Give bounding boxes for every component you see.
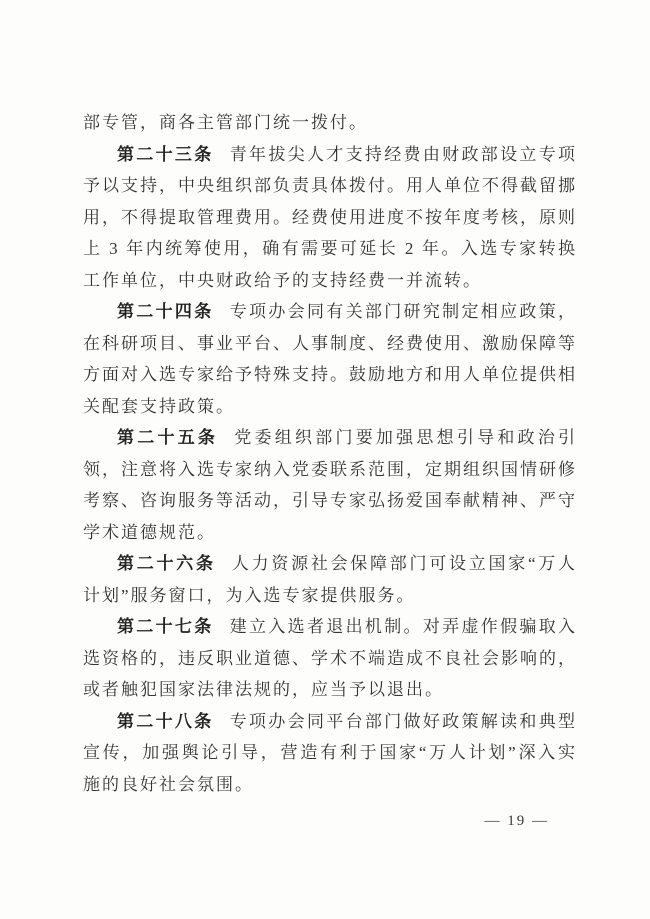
page-number: — 19 — [83,813,577,830]
paragraph: 部专管，商各主管部门统一拨付。 [83,107,577,139]
document-text-block: 部专管，商各主管部门统一拨付。第二十三条青年拔尖人才支持经费由财政部设立专项予以… [83,107,577,800]
article-number-heading: 第二十三条 [117,145,214,164]
paragraph: 第二十五条党委组织部门要加强思想引导和政治引领，注意将入选专家纳入党委联系范围，… [83,422,577,548]
article-number-heading: 第二十八条 [117,712,214,731]
paragraph: 第二十八条专项办会同平台部门做好政策解读和典型宣传，加强舆论引导，营造有利于国家… [83,706,577,801]
paragraph: 第二十三条青年拔尖人才支持经费由财政部设立专项予以支持，中央组织部负责具体拨付。… [83,139,577,297]
paragraph: 第二十四条专项办会同有关部门研究制定相应政策，在科研项目、事业平台、人事制度、经… [83,296,577,422]
article-number-heading: 第二十五条 [117,428,218,447]
article-number-heading: 第二十六条 [117,554,216,573]
paragraph: 第二十六条人力资源社会保障部门可设立国家“万人计划”服务窗口，为入选专家提供服务… [83,548,577,611]
paragraph: 第二十七条建立入选者退出机制。对弄虚作假骗取入选资格的，违反职业道德、学术不端造… [83,611,577,706]
article-number-heading: 第二十七条 [117,617,214,636]
article-number-heading: 第二十四条 [117,302,214,321]
document-page: 部专管，商各主管部门统一拨付。第二十三条青年拔尖人才支持经费由财政部设立专项予以… [0,0,650,919]
